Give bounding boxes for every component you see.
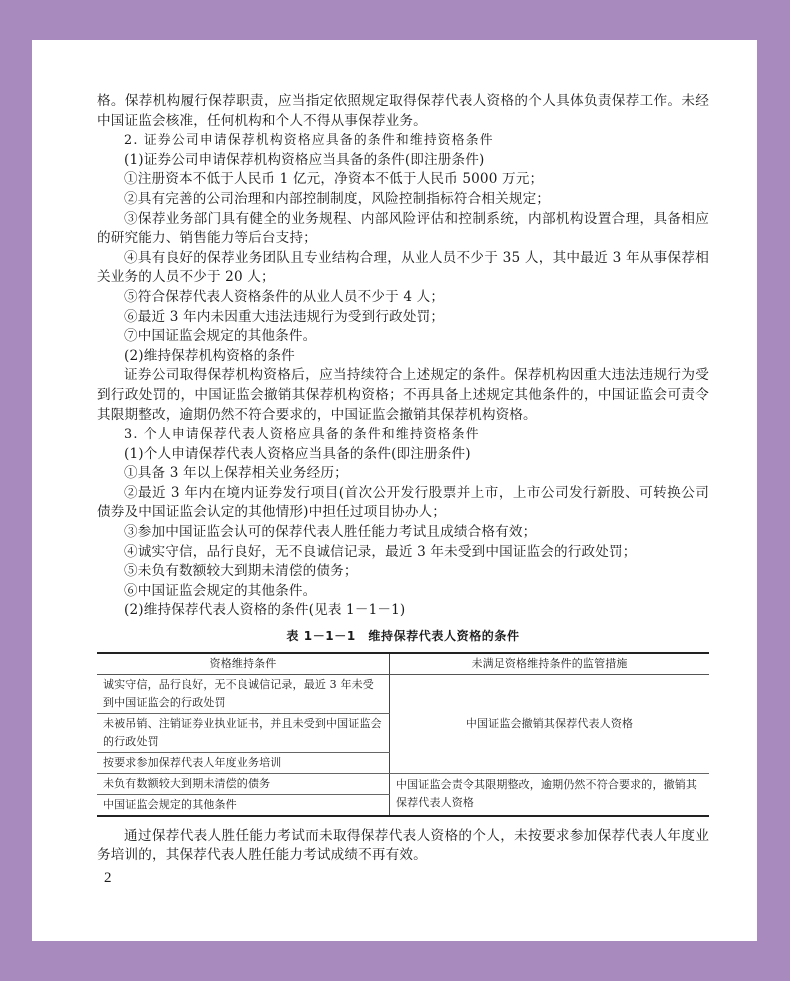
list-item: ④诚实守信，品行良好，无不良诚信记录，最近 3 年未受到中国证监会的行政处罚；	[97, 543, 709, 563]
table-cell: 未被吊销、注销证券业执业证书，并且未受到中国证监会的行政处罚	[97, 713, 390, 752]
page-number: 2	[104, 870, 112, 887]
list-item: ⑥最近 3 年内未因重大违法违规行为受到行政处罚；	[97, 308, 709, 328]
list-item: ⑤符合保荐代表人资格条件的从业人员不少于 4 人；	[97, 288, 709, 308]
subsection-heading: (1)证券公司申请保荐机构资格应当具备的条件(即注册条件)	[97, 151, 709, 171]
table-cell-measure: 中国证监会责令其限期整改，逾期仍然不符合要求的，撤销其保荐代表人资格	[390, 773, 710, 816]
subsection-heading: (2)维持保荐机构资格的条件	[97, 347, 709, 367]
list-item: ③保荐业务部门具有健全的业务规程、内部风险评估和控制系统，内部机构设置合理，具备…	[97, 210, 709, 249]
closing-paragraph: 通过保荐代表人胜任能力考试而未取得保荐代表人资格的个人，未按要求参加保荐代表人年…	[97, 827, 709, 866]
list-item: ①注册资本不低于人民币 1 亿元，净资本不低于人民币 5000 万元；	[97, 170, 709, 190]
paragraph: 格。保荐机构履行保荐职责，应当指定依照规定取得保荐代表人资格的个人具体负责保荐工…	[97, 92, 709, 131]
table-cell: 未负有数额较大到期未清偿的债务	[97, 773, 390, 794]
column-header-measures: 未满足资格维持条件的监管措施	[390, 653, 710, 675]
list-item: ⑤未负有数额较大到期未清偿的债务；	[97, 562, 709, 582]
table-caption: 表 1－1－1 维持保荐代表人资格的条件	[97, 627, 709, 647]
subsection-heading: (2)维持保荐代表人资格的条件(见表 1－1－1)	[97, 601, 709, 621]
table-row: 未负有数额较大到期未清偿的债务 中国证监会责令其限期整改，逾期仍然不符合要求的，…	[97, 773, 709, 794]
list-item: ④具有良好的保荐业务团队且专业结构合理，从业人员不少于 35 人，其中最近 3 …	[97, 249, 709, 288]
list-item: ⑥中国证监会规定的其他条件。	[97, 582, 709, 602]
table-cell: 按要求参加保荐代表人年度业务培训	[97, 752, 390, 773]
paragraph: 证券公司取得保荐机构资格后，应当持续符合上述规定的条件。保荐机构因重大违法违规行…	[97, 366, 709, 425]
table-row: 诚实守信，品行良好，无不良诚信记录，最近 3 年未受到中国证监会的行政处罚 中国…	[97, 674, 709, 713]
list-item: ③参加中国证监会认可的保荐代表人胜任能力考试且成绩合格有效；	[97, 523, 709, 543]
page-content: 格。保荐机构履行保荐职责，应当指定依照规定取得保荐代表人资格的个人具体负责保荐工…	[97, 92, 709, 866]
document-page: 格。保荐机构履行保荐职责，应当指定依照规定取得保荐代表人资格的个人具体负责保荐工…	[32, 40, 757, 941]
table-cell: 诚实守信，品行良好，无不良诚信记录，最近 3 年未受到中国证监会的行政处罚	[97, 674, 390, 713]
list-item: ①具备 3 年以上保荐相关业务经历；	[97, 464, 709, 484]
table-cell: 中国证监会规定的其他条件	[97, 794, 390, 816]
section-heading-3: 3. 个人申请保荐代表人资格应具备的条件和维持资格条件	[97, 425, 709, 445]
list-item: ②最近 3 年内在境内证券发行项目(首次公开发行股票并上市，上市公司发行新股、可…	[97, 484, 709, 523]
qualification-table: 资格维持条件 未满足资格维持条件的监管措施 诚实守信，品行良好，无不良诚信记录，…	[97, 652, 709, 817]
table-header-row: 资格维持条件 未满足资格维持条件的监管措施	[97, 653, 709, 675]
list-item: ②具有完善的公司治理和内部控制制度，风险控制指标符合相关规定；	[97, 190, 709, 210]
table-cell-measure: 中国证监会撤销其保荐代表人资格	[390, 674, 710, 773]
subsection-heading: (1)个人申请保荐代表人资格应当具备的条件(即注册条件)	[97, 445, 709, 465]
section-heading-2: 2. 证券公司申请保荐机构资格应具备的条件和维持资格条件	[97, 131, 709, 151]
column-header-conditions: 资格维持条件	[97, 653, 390, 675]
list-item: ⑦中国证监会规定的其他条件。	[97, 327, 709, 347]
